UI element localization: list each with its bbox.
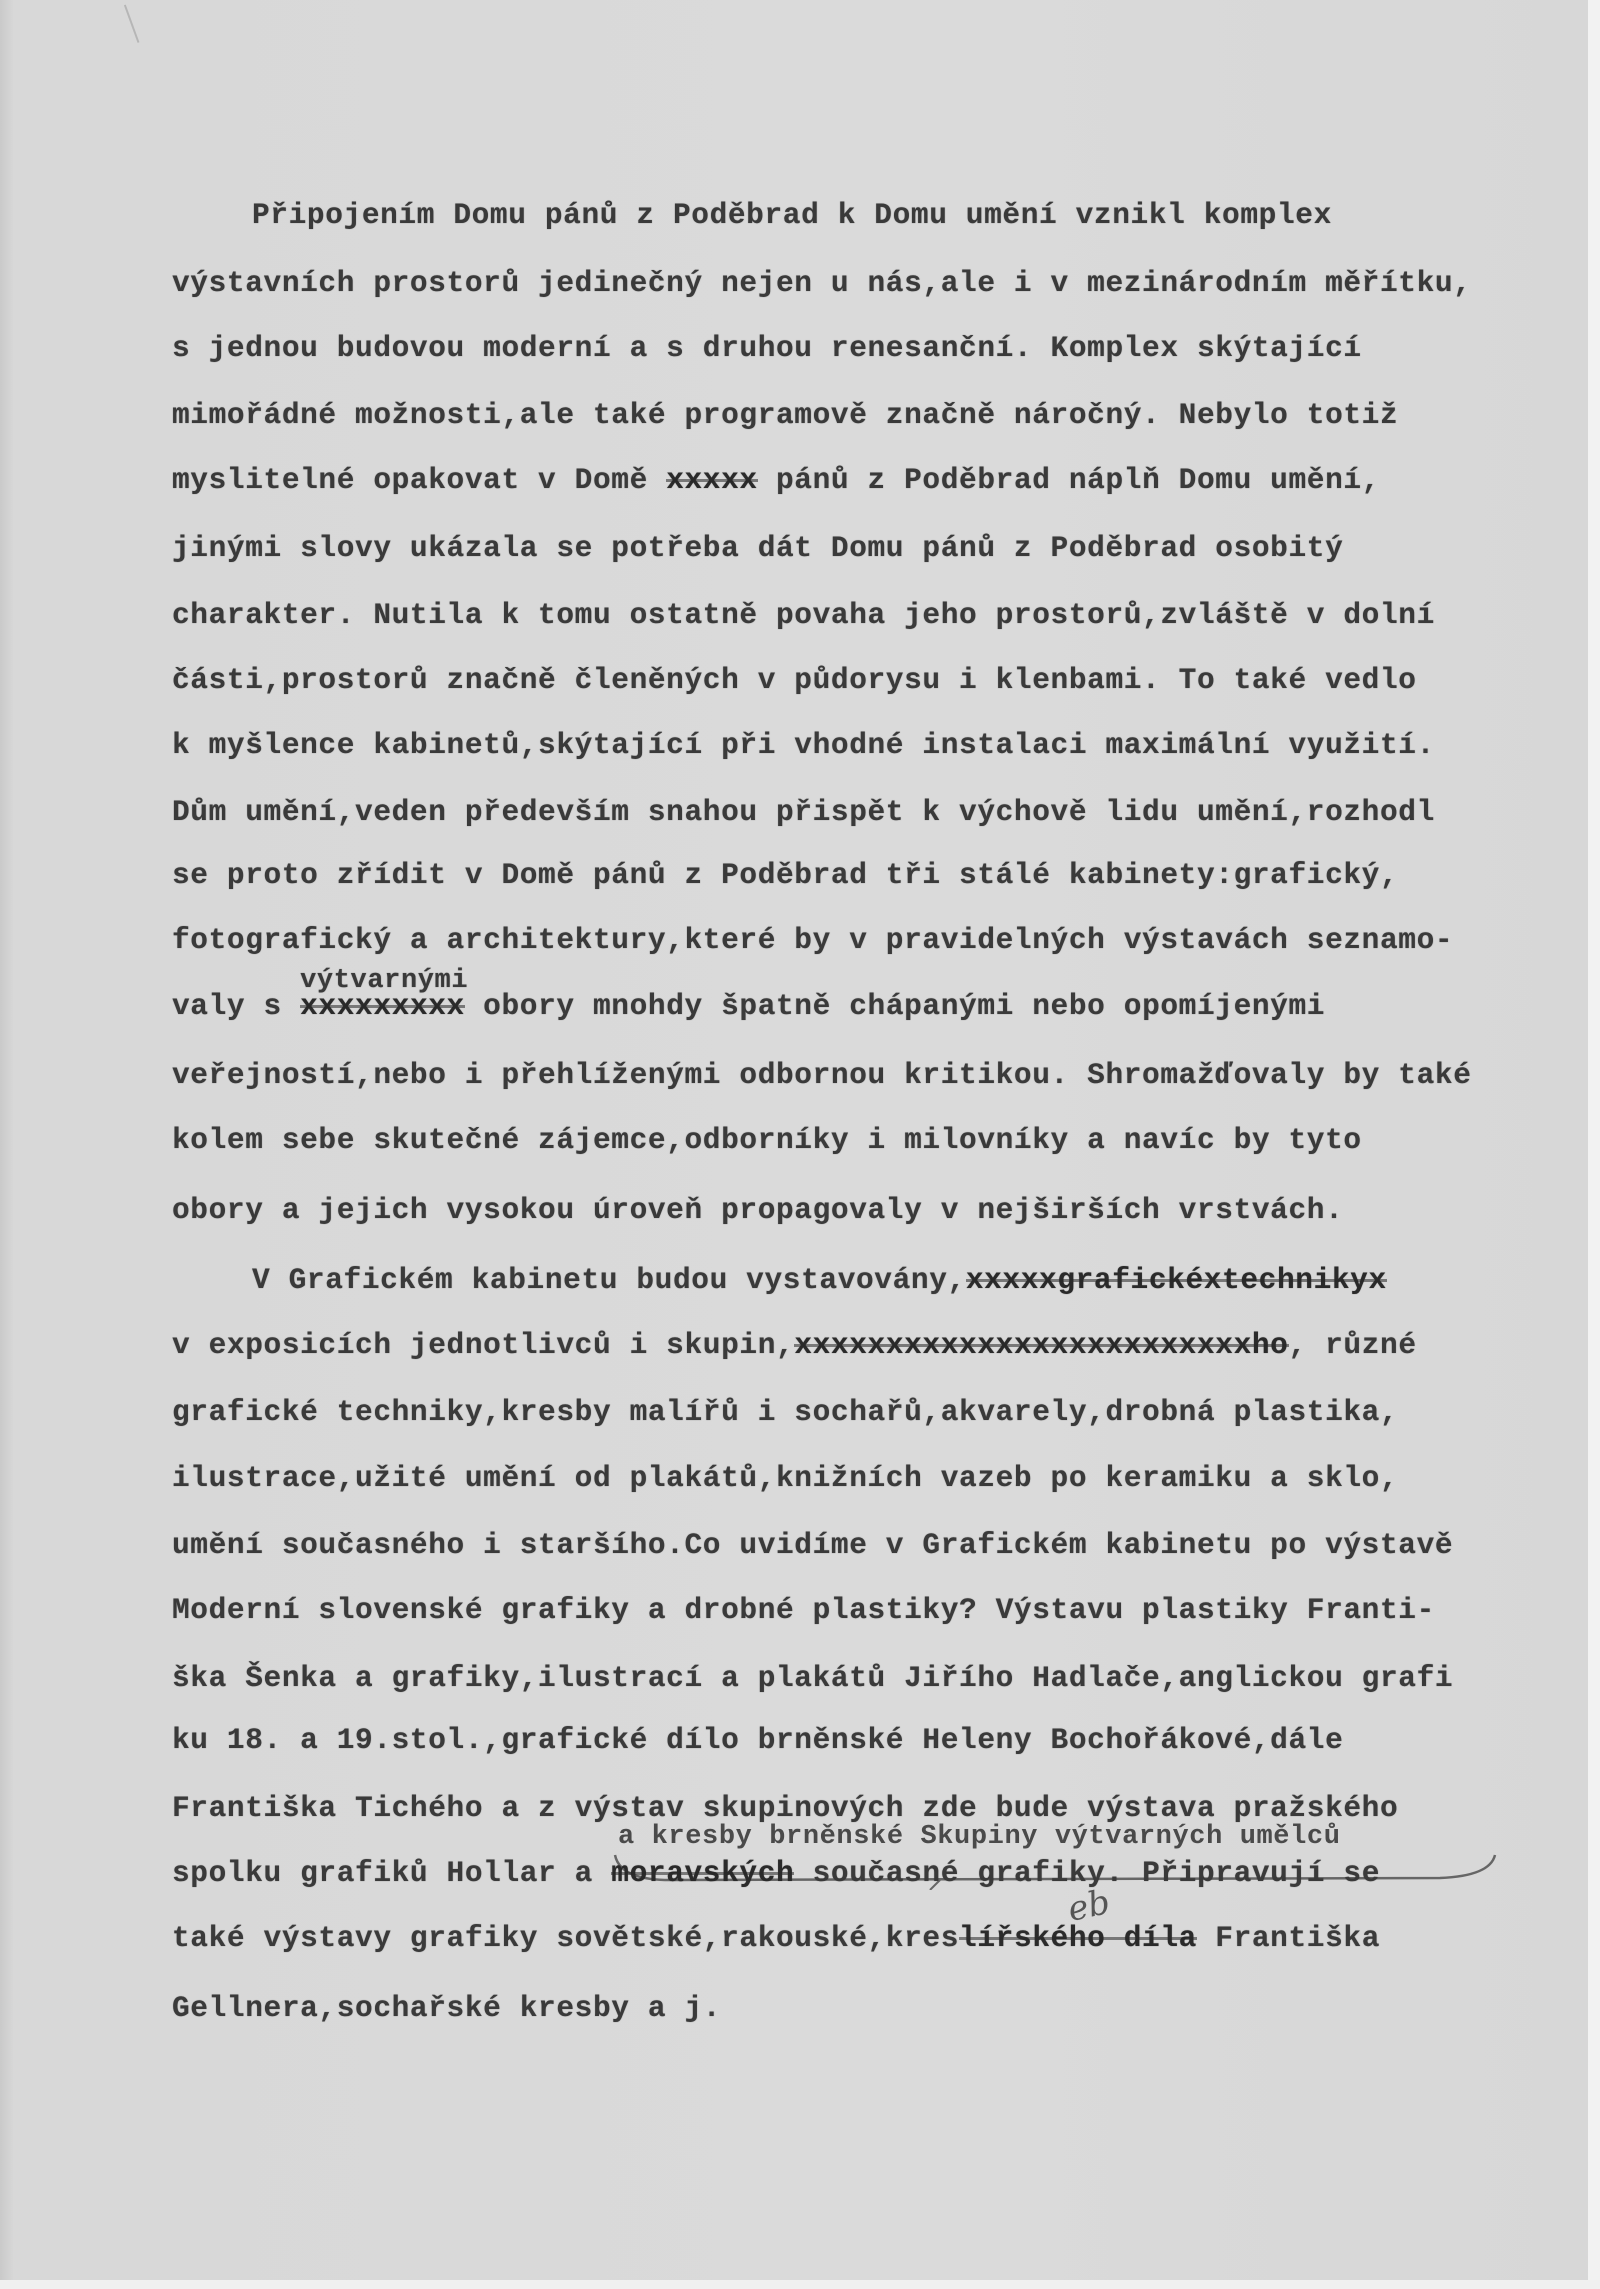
text-line-24: ku 18. a 19.stol.,grafické dílo brněnské…: [172, 1722, 1343, 1758]
text-line-4: mimořádné možnosti,ale také programově z…: [172, 397, 1398, 433]
line-text: části,prostorů značně členěných v půdory…: [172, 663, 1417, 697]
line-text: obory mnohdy špatně chápanými nebo opomí…: [465, 989, 1325, 1023]
text-line-22: Moderní slovenské grafiky a drobné plast…: [172, 1592, 1435, 1628]
text-line-10: Dům umění,veden především snahou přispět…: [172, 794, 1435, 830]
line-text: pánů z Poděbrad náplň Domu umění,: [758, 463, 1380, 497]
text-line-17: V Grafickém kabinetu budou vystavovány,x…: [252, 1262, 1387, 1298]
text-line-20: ilustrace,užité umění od plakátů,knižníc…: [172, 1460, 1398, 1496]
line-text: , různé: [1289, 1328, 1417, 1362]
line-text: Moderní slovenské grafiky a drobné plast…: [172, 1593, 1435, 1627]
line-text: charakter. Nutila k tomu ostatně povaha …: [172, 598, 1435, 632]
line-text: také výstavy grafiky sovětské,rakouské,k…: [172, 1921, 959, 1955]
line-text: k myšlence kabinetů,skýtající při vhodné…: [172, 728, 1435, 762]
text-line-25: Františka Tichého a z výstav skupinových…: [172, 1790, 1398, 1826]
line-text: ilustrace,užité umění od plakátů,knižníc…: [172, 1461, 1398, 1495]
text-line-11: se proto zřídit v Domě pánů z Poděbrad t…: [172, 857, 1398, 893]
line-text: kolem sebe skutečné zájemce,odborníky i …: [172, 1123, 1362, 1157]
line-text: Františka Tichého a z výstav skupinových…: [172, 1791, 1398, 1825]
text-line-1: Připojením Domu pánů z Poděbrad k Domu u…: [252, 197, 1332, 233]
line-text: v exposicích jednotlivců i skupin,: [172, 1328, 794, 1362]
typed-insertion: výtvarnými: [300, 963, 468, 999]
struck-text: moravských: [611, 1856, 794, 1890]
text-line-5: myslitelné opakovat v Domě xxxxx pánů z …: [172, 462, 1380, 498]
line-text: veřejností,nebo i přehlíženými odbornou …: [172, 1058, 1472, 1092]
text-line-14: veřejností,nebo i přehlíženými odbornou …: [172, 1057, 1472, 1093]
line-text: s jednou budovou moderní a s druhou rene…: [172, 331, 1362, 365]
text-line-12: fotografický a architektury,které by v p…: [172, 922, 1453, 958]
handwritten-insertion: a kresby brněnské Skupiny výtvarných umě…: [618, 1822, 1341, 1852]
text-line-18: v exposicích jednotlivců i skupin,xxxxxx…: [172, 1327, 1417, 1363]
line-text: V Grafickém kabinetu budou vystavovány,: [252, 1263, 966, 1297]
line-text: grafické techniky,kresby malířů i sochař…: [172, 1395, 1398, 1429]
text-line-27: také výstavy grafiky sovětské,rakouské,k…: [172, 1920, 1380, 1956]
text-line-23: ška Šenka a grafiky,ilustrací a plakátů …: [172, 1660, 1453, 1696]
struck-text: xxxxxxxxxxxxxxxxxxxxxxxxxho: [794, 1328, 1288, 1362]
line-text: Gellnera,sochařské kresby a j.: [172, 1991, 721, 2025]
line-text: spolku grafiků Hollar a: [172, 1856, 611, 1890]
text-line-19: grafické techniky,kresby malířů i sochař…: [172, 1394, 1398, 1430]
line-text: mimořádné možnosti,ale také programově z…: [172, 398, 1398, 432]
text-line-3: s jednou budovou moderní a s druhou rene…: [172, 330, 1362, 366]
text-line-28: Gellnera,sochařské kresby a j.: [172, 1990, 721, 2026]
line-text: valy s: [172, 989, 300, 1023]
line-text: Františka: [1197, 1921, 1380, 1955]
text-line-13: valy s xxxxxxxxxvýtvarnými obory mnohdy …: [172, 988, 1325, 1024]
text-line-26: spolku grafiků Hollar a moravských souča…: [172, 1855, 1380, 1891]
struck-text: xxxxx: [666, 463, 758, 497]
line-text: umění současného i staršího.Co uvidíme v…: [172, 1528, 1453, 1562]
line-text: obory a jejich vysokou úroveň propagoval…: [172, 1193, 1343, 1227]
line-text: Připojením Domu pánů z Poděbrad k Domu u…: [252, 198, 1332, 232]
struck-text: lířského díla: [959, 1921, 1197, 1955]
text-line-8: části,prostorů značně členěných v půdory…: [172, 662, 1417, 698]
line-text: ku 18. a 19.stol.,grafické dílo brněnské…: [172, 1723, 1343, 1757]
line-text: jinými slovy ukázala se potřeba dát Domu…: [172, 531, 1343, 565]
text-line-2: výstavních prostorů jedinečný nejen u ná…: [172, 265, 1472, 301]
text-line-6: jinými slovy ukázala se potřeba dát Domu…: [172, 530, 1343, 566]
text-line-7: charakter. Nutila k tomu ostatně povaha …: [172, 597, 1435, 633]
text-line-15: kolem sebe skutečné zájemce,odborníky i …: [172, 1122, 1362, 1158]
line-text: Dům umění,veden především snahou přispět…: [172, 795, 1435, 829]
text-line-9: k myšlence kabinetů,skýtající při vhodné…: [172, 727, 1435, 763]
struck-text: xxxxxxxxxvýtvarnými: [300, 989, 465, 1023]
struck-text: xxxxxgrafickéxtechnikyx: [966, 1263, 1387, 1297]
line-text: se proto zřídit v Domě pánů z Poděbrad t…: [172, 858, 1398, 892]
line-text: ška Šenka a grafiky,ilustrací a plakátů …: [172, 1661, 1453, 1695]
line-text: fotografický a architektury,které by v p…: [172, 923, 1453, 957]
text-line-16: obory a jejich vysokou úroveň propagoval…: [172, 1192, 1343, 1228]
line-text: výstavních prostorů jedinečný nejen u ná…: [172, 266, 1472, 300]
text-line-21: umění současného i staršího.Co uvidíme v…: [172, 1527, 1453, 1563]
line-text: myslitelné opakovat v Domě: [172, 463, 666, 497]
paper-edge-right: [1588, 0, 1600, 2289]
paper-edge-bottom: [0, 2280, 1600, 2289]
